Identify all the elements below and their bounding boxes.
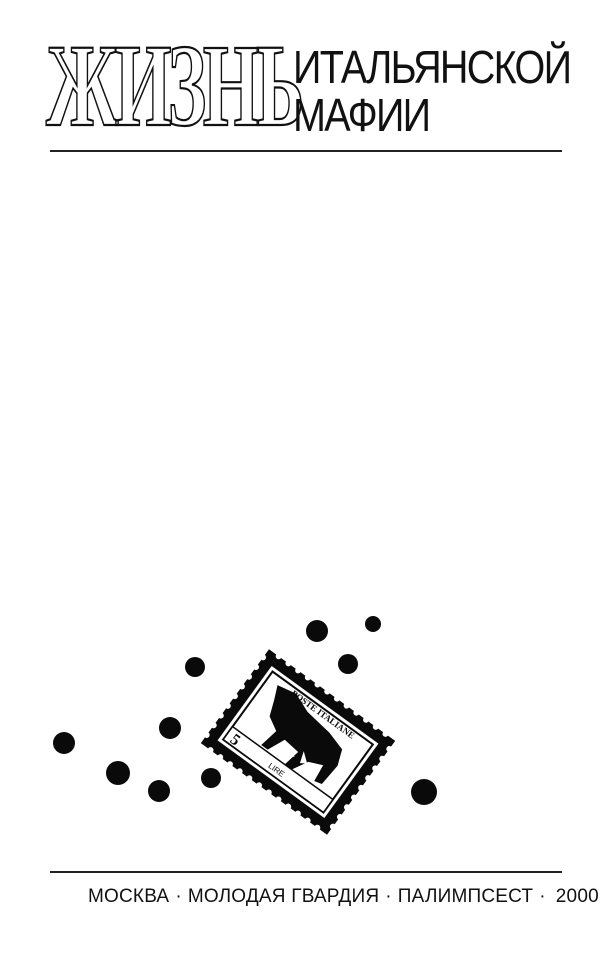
imprint-separator: · xyxy=(175,886,182,907)
imprint-separator: · xyxy=(385,886,392,907)
imprint-publisher: МОЛОДАЯ ГВАРДИЯ xyxy=(188,886,379,907)
imprint-separator: · xyxy=(539,886,546,907)
stamp-illustration: 5 LIRE POSTE ITALIANE xyxy=(0,0,600,955)
imprint-year: 2000 xyxy=(556,886,599,907)
postage-stamp: 5 LIRE POSTE ITALIANE xyxy=(197,645,400,839)
imprint-line: МОСКВА·МОЛОДАЯ ГВАРДИЯ·ПАЛИМПСЕСТ·2000 xyxy=(88,886,599,908)
imprint-name: ПАЛИМПСЕСТ xyxy=(398,886,533,907)
imprint-city: МОСКВА xyxy=(88,886,169,907)
bottom-divider xyxy=(50,871,562,873)
book-title-page: ЖИЗНЬ ИТАЛЬЯНСКОЙ МАФИИ xyxy=(0,0,600,955)
